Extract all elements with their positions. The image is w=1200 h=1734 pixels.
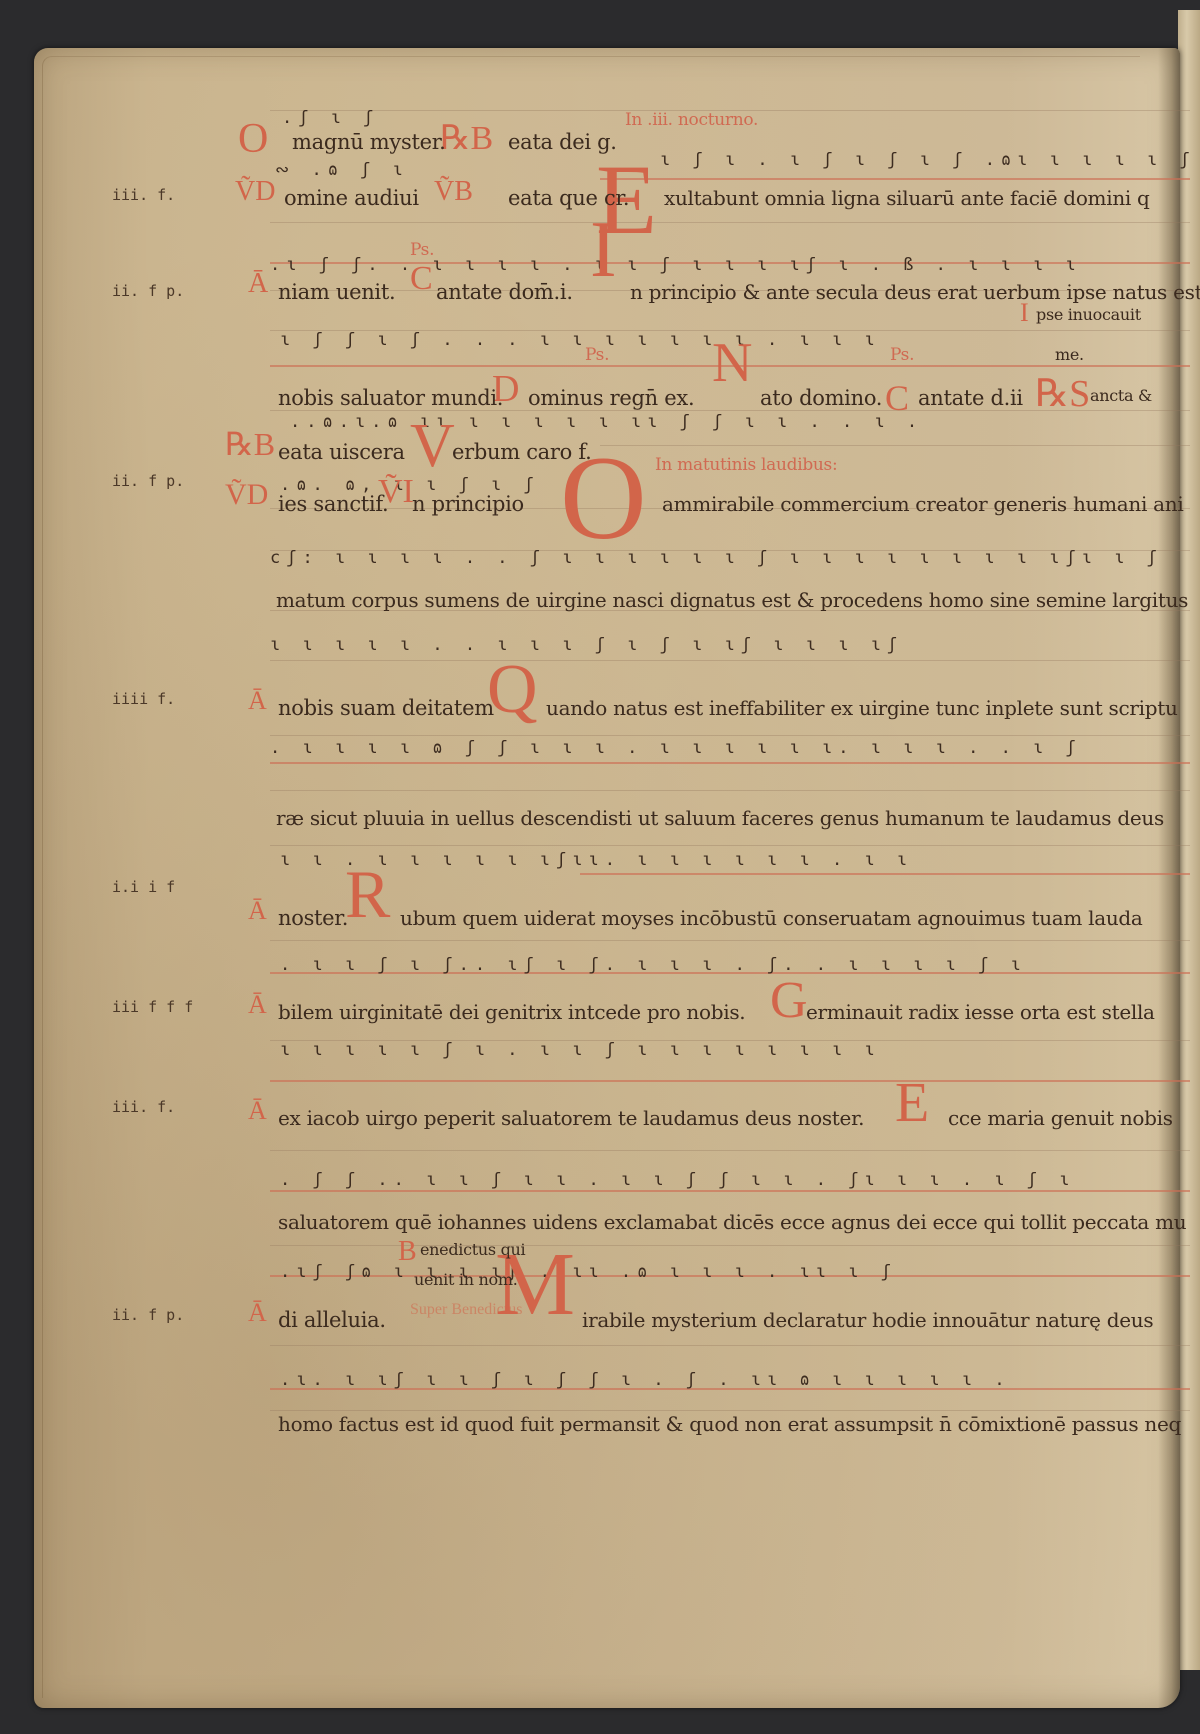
adjacent-leaf-edge [1178,10,1200,1670]
neume-row: ɩ ɩ ɩ ɩ ɩ ʃ ɩ . ɩ ɩ ʃ ɩ ɩ ɩ ɩ ɩ ɩ ɩ ɩ [280,1040,881,1060]
chant-text: matum corpus sumens de uirgine nasci dig… [276,588,1188,612]
rubric-ps: Ps. [890,345,914,365]
rubric-ps: Ps. [585,345,609,365]
chant-text: cce maria genuit nobis [948,1106,1173,1130]
initial-A: Ā [248,898,267,924]
margin-note: ii. f p. [112,282,184,300]
initial-RB: ℞B [440,122,493,156]
margin-note: iii f f f [112,998,193,1016]
margin-note: ii. f p. [112,1306,184,1324]
chant-text: nobis saluator mundi. [278,386,503,410]
chant-text: bilem uirginitatē dei genitrix intcede p… [278,1000,745,1024]
initial-VD: ṼD [235,178,275,206]
initial-RB2: ℞B [225,428,275,460]
initial-A: Ā [248,270,268,298]
chant-text: erbum caro f. [452,440,591,464]
initial-R: R [345,860,390,928]
margin-note: ii. f p. [112,472,184,490]
chant-text: nobis suam deitatem [278,696,494,720]
chant-text: magnū myster. [292,130,446,154]
chant-text: homo factus est id quod fuit permansit &… [278,1412,1181,1436]
chant-text: n principio [412,492,524,516]
initial-VD2: ṼD [225,480,268,510]
chant-text: ex iacob uirgo peperit saluatorem te lau… [278,1106,864,1130]
neume-row: ..ɷ.ɩ.ɷ ɩɩ ɩ ɩ ɩ ɩ ɩ ɩɩ ʃ ʃ ɩ ɩ . . ɩ . [290,412,923,432]
chant-text: ræ sicut pluuia in uellus descendisti ut… [276,806,1164,830]
initial-A: Ā [248,1300,267,1326]
chant-text: uenit in nom. [414,1270,518,1289]
initial-A: Ā [248,992,267,1018]
chant-text: ancta & [1090,386,1152,405]
chant-text: ominus regn̄ ex. [528,386,694,410]
chant-text: me. [1055,345,1084,364]
margin-note: iii. f. [112,1098,175,1116]
initial-VB: ṼB [434,178,473,206]
chant-text: ato domino. [760,386,882,410]
chant-text: ammirabile commercium creator generis hu… [662,492,1183,516]
rubric-in-iii-nocturno: In .iii. nocturno. [625,110,758,130]
chant-text: eata que cr. [508,186,629,210]
initial-N: N [712,335,752,391]
rubric-in-matutinis-laudibus: In matutinis laudibus: [655,455,837,475]
chant-text: antate d.ii [918,386,1023,410]
neume-row: . ɩ ɩ ɩ ɩ ɷ ʃ ʃ ɩ ɩ ɩ . ɩ ɩ ɩ ɩ ɩ ɩ. ɩ ɩ… [270,738,1082,758]
chant-text: antate dom̄.i. [436,280,573,304]
margin-note: iiii f. [112,690,175,708]
neume-row: ɩ ɩ ɩ ɩ ɩ . . ɩ ɩ ɩ ʃ ɩ ʃ ɩ ɩʃ ɩ ɩ ɩ ɩʃ [270,635,903,655]
initial-C2: C [885,380,909,416]
neume-row: ɩ ʃ ɩ . ɩ ʃ ɩ ʃ ɩ ʃ .ɷɩ ɩ ɩ ɩ ɩ ʃ [660,150,1196,170]
chant-text: pse inuocauit [1036,305,1141,324]
neume-row: ɩ ʃ ʃ ɩ ʃ . . . ɩ ɩ ɩ ɩ ɩ ɩ ɩ . ɩ ɩ ɩ [280,330,881,350]
margin-note: i.i i f [112,878,175,896]
chant-text: uando natus est ineffabiliter ex uirgine… [546,696,1178,720]
chant-text: saluatorem quē iohannes uidens exclamaba… [278,1210,1186,1234]
initial-B: B [398,1238,417,1266]
rubric-super-benedictus: Super Benedictus [410,1302,522,1318]
initial-I: I [590,210,617,290]
chant-text: irabile mysterium declaratur hodie innou… [582,1308,1153,1332]
chant-text: niam uenit. [278,280,395,304]
chant-text: erminauit radix iesse orta est stella [806,1000,1155,1024]
initial-C: C [410,262,433,296]
chant-text: n principio & ante secula deus erat uerb… [630,280,1200,304]
chant-text: xultabunt omnia ligna siluarū ante faciē… [664,186,1150,210]
initial-G: G [770,975,808,1027]
initial-RS: ℞S [1035,375,1090,413]
neume-row: .ɩ. ɩ ɩʃ ɩ ɩ ʃ ɩ ʃ ʃ ɩ . ʃ . ɩɩ ɷ ɩ ɩ ɩ … [280,1370,1011,1390]
neume-row: .ɩ ʃ ʃ. . ɩ ɩ ɩ ɩ . ɩ ɩ ʃ ɩ ɩ ɩ ɩʃ ɩ . ß… [270,255,1082,275]
chant-text: di alleluia. [278,1308,386,1332]
chant-text: enedictus qui [420,1240,525,1259]
neume-row: . ʃ ʃ .. ɩ ɩ ʃ ɩ ɩ . ɩ ɩ ʃ ʃ ɩ ɩ . ʃɩ ɩ … [280,1170,1076,1190]
neume-row: .ʃ ɩ ʃ [282,108,379,128]
initial-A: Ā [248,1098,267,1124]
chant-text: eata dei g. [508,130,617,154]
chant-text: noster. [278,906,348,930]
chant-text: eata uiscera [278,440,405,464]
chant-text: omine audiui [284,186,419,210]
chant-text: ubum quem uiderat moyses incōbustū conse… [400,906,1143,930]
initial-A: Ā [248,688,267,714]
margin-note: iii. f. [112,186,175,204]
initial-Q: Q [487,655,538,725]
initial-V: V [410,415,455,477]
neume-row: ∾ .ɷ ʃ ɩ [275,160,409,180]
neume-row: cʃ: ɩ ɩ ɩ ɩ . . ʃ ɩ ɩ ɩ ɩ ɩ ɩ ʃ ɩ ɩ ɩ ɩ … [270,548,1163,568]
initial-O: O [238,118,268,160]
initial-E2: E [895,1075,929,1131]
neume-row: .ɩʃ ʃɷ ɩ ɩ ɩ ɩʃ . ɩɩ .ɷ ɩ ɩ ɩ . ɩɩ ɩ ʃ [280,1262,897,1282]
rubric-ps: Ps. [410,240,434,260]
chant-text: ies sanctif. [278,492,388,516]
neume-row: . ɩ ɩ ʃ ɩ ʃ.. ɩʃ ɩ ʃ. ɩ ɩ ɩ . ʃ. . ɩ ɩ ɩ… [280,955,1027,975]
